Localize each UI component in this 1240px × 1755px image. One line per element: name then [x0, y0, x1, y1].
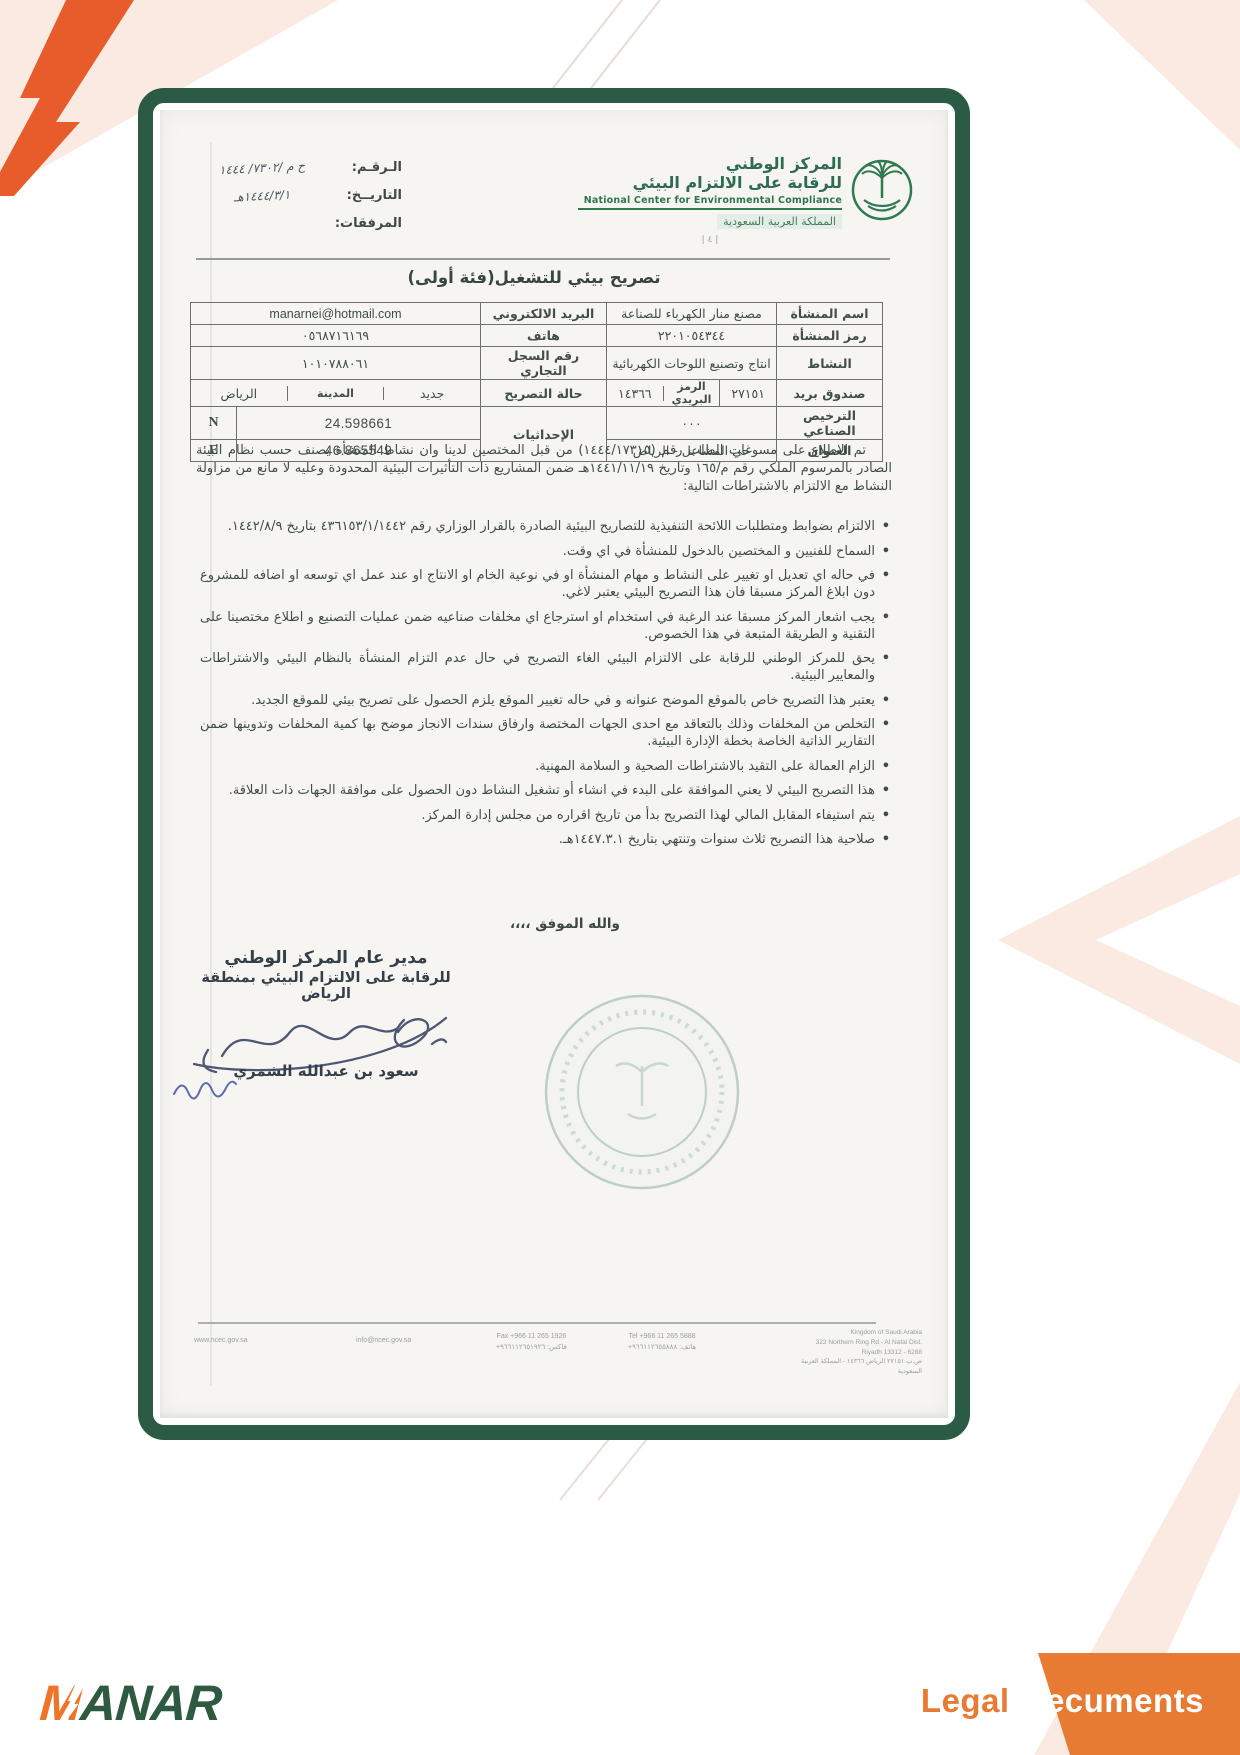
- industrial-license-label: الترخيص الصناعي: [777, 407, 883, 440]
- intro-paragraph: تم الاطلاع على مسوغات الطلب رقم (١٤٤٤/١٧…: [196, 442, 892, 496]
- footer-tel-ar: هاتف: ٩٦٦١١٢٦٥٥٨٨٨+: [628, 1343, 696, 1354]
- phone-label: هاتف: [481, 325, 607, 347]
- postal-code-label: الرمز البريدي: [664, 380, 721, 406]
- permit-status-value: جديد: [384, 386, 480, 401]
- condition-item: صلاحية هذا التصريح ثلاث سنوات وتنتهي بتا…: [200, 831, 890, 848]
- footer-address-line: Riyadh 13312 - 6288: [788, 1348, 922, 1358]
- condition-item: يتم استيفاء المقابل المالي لهذا التصريح …: [200, 807, 890, 824]
- footer-address-line: Kingdom of Saudi Arabia: [788, 1328, 922, 1338]
- phone-value: ٠٥٦٨٧١٦١٦٩: [191, 325, 481, 347]
- footer-divider: [198, 1322, 876, 1324]
- footer-fax: Fax +966 11 265 1926 فاكس: ٩٦٦١١٢٦٥١٩٢٦+: [496, 1332, 567, 1353]
- table-row: رمز المنشأة ٢٢٠١٠٥٤٣٤٤ هاتف ٠٥٦٨٧١٦١٦٩: [191, 325, 883, 347]
- table-row: اسم المنشأة مصنع منار الكهرباء للصناعة ا…: [191, 303, 883, 325]
- manar-logo-m: M: [38, 1675, 83, 1731]
- ref-number-label: الـرقـم:: [322, 160, 402, 175]
- activity-value: انتاج وتصنيع اللوحات الكهربائية: [607, 347, 777, 380]
- scan-mark: | ٤ |: [578, 235, 842, 245]
- facility-name-value: مصنع منار الكهرباء للصناعة: [607, 303, 777, 325]
- org-name-en: National Center for Environmental Compli…: [578, 195, 842, 210]
- conditions-list: الالتزام بضوابط ومتطلبات اللائحة التنفيذ…: [200, 518, 890, 856]
- ref-attachments-value: [202, 220, 322, 226]
- footer-address-line: ص.ب ٢٧١٥١ الرياض ١٤٣٦٦ - المملكة العربية…: [788, 1357, 922, 1377]
- pink-corner-top-right: [1084, 0, 1240, 150]
- condition-item: الالتزام بضوابط ومتطلبات اللائحة التنفيذ…: [200, 518, 890, 535]
- footer-tel-en: Tel +966 11 265 5888: [628, 1332, 696, 1343]
- signatory-title-line1: مدير عام المركز الوطني: [174, 948, 478, 968]
- document-card: الـرقـم: ح م /٧٣٠٢/ ١٤٤٤ التاريــخ: ١٤٤٤…: [138, 88, 970, 1440]
- permit-status-label: حالة التصريح: [481, 380, 607, 407]
- footer-website: www.ncec.gov.sa: [194, 1336, 248, 1347]
- cr-number-value: ١٠١٠٧٨٨٠٦١: [191, 347, 481, 380]
- condition-item: يجب اشعار المركز مسبقا عند الرغبة في است…: [200, 609, 890, 643]
- ref-date-label: التاريــخ:: [322, 188, 402, 203]
- table-row: الترخيص الصناعي ٠٠٠ الإحداثيات N 24.5986…: [191, 407, 883, 440]
- org-country: المملكة العربية السعودية: [717, 214, 842, 229]
- facility-table: اسم المنشأة مصنع منار الكهرباء للصناعة ا…: [190, 302, 883, 462]
- org-name-ar-line2: للرقابة على الالتزام البيئي: [578, 173, 842, 192]
- ref-date-value: ١٤٤٤/٣/١هـ: [202, 185, 323, 205]
- legal-documents-label: LegalDecuments: [921, 1682, 1204, 1720]
- deco-line-top-1: [546, 0, 622, 97]
- footer-fax-en: Fax +966 11 265 1926: [496, 1332, 567, 1343]
- facility-name-label: اسم المنشأة: [777, 303, 883, 325]
- condition-item: هذا التصريح البيئي لا يعني الموافقة على …: [200, 782, 890, 799]
- email-label: البريد الالكتروني: [481, 303, 607, 325]
- banner-word-legal: Legal: [921, 1682, 1010, 1719]
- latitude-letter: N: [191, 407, 237, 439]
- cr-number-label: رقم السجل التجاري: [481, 347, 607, 380]
- deco-line-top-2: [584, 0, 660, 97]
- scanned-permit-page: الـرقـم: ح م /٧٣٠٢/ ١٤٤٤ التاريــخ: ١٤٤٤…: [160, 110, 948, 1418]
- footer-email: info@ncec.gov.sa: [356, 1336, 411, 1347]
- table-row: النشاط انتاج وتصنيع اللوحات الكهربائية ر…: [191, 347, 883, 380]
- footer-address: Kingdom of Saudi Arabia 322 Northern Rin…: [788, 1328, 922, 1377]
- footer-tel: Tel +966 11 265 5888 هاتف: ٩٦٦١١٢٦٥٥٨٨٨+: [628, 1332, 696, 1353]
- latitude-value: 24.598661: [237, 407, 480, 439]
- signature-block: مدير عام المركز الوطني للرقابة على الالت…: [174, 948, 478, 1080]
- table-row: صندوق بريد ٢٧١٥١ الرمز البريدي ١٤٣٦٦ حال…: [191, 380, 883, 407]
- condition-item: يعتبر هذا التصريح خاص بالموقع الموضح عنو…: [200, 692, 890, 709]
- manar-logo-rest: ANAR: [79, 1675, 223, 1731]
- activity-label: النشاط: [777, 347, 883, 380]
- manar-logo: MANAR: [38, 1674, 223, 1730]
- ref-number-value: ح م /٧٣٠٢/ ١٤٤٤: [202, 157, 323, 177]
- condition-item: السماح للفنيين و المختصين بالدخول للمنشأ…: [200, 543, 890, 560]
- ref-attachments-label: المرفقات:: [322, 216, 402, 231]
- condition-item: الزام العمالة على التقيد بالاشتراطات الص…: [200, 758, 890, 775]
- facility-code-value: ٢٢٠١٠٥٤٣٤٤: [607, 325, 777, 347]
- org-header: المركز الوطني للرقابة على الالتزام البيئ…: [578, 154, 914, 245]
- permit-title: تصريح بيئي للتشغيل(فئة أولى): [160, 268, 908, 287]
- header-divider: [196, 258, 890, 260]
- closing-phrase: والله الموفق ،،،،: [445, 916, 685, 932]
- postal-code-value: ١٤٣٦٦: [607, 386, 664, 401]
- pobox-label: صندوق بريد: [777, 380, 883, 407]
- org-name-ar-line1: المركز الوطني: [578, 154, 842, 173]
- reference-block: الـرقـم: ح م /٧٣٠٢/ ١٤٤٤ التاريــخ: ١٤٤٤…: [202, 160, 402, 244]
- footer-address-line: 322 Northern Ring Rd - Al Nafal Dist.: [788, 1338, 922, 1348]
- official-stamp: [532, 982, 752, 1202]
- city-label: المدينة: [288, 387, 385, 400]
- saudi-emblem-icon: [850, 154, 914, 232]
- industrial-license-value: ٠٠٠: [607, 407, 777, 440]
- condition-item: التخلص من المخلفات وذلك بالتعاقد مع احدى…: [200, 716, 890, 750]
- banner-word-documents: Decuments: [1022, 1682, 1204, 1719]
- email-value: manarnei@hotmail.com: [191, 303, 481, 325]
- condition-item: في حاله اي تعديل او تغيير على النشاط و م…: [200, 567, 890, 601]
- condition-item: يحق للمركز الوطني للرقابة على الالتزام ا…: [200, 650, 890, 684]
- pobox-value: ٢٧١٥١: [720, 386, 776, 401]
- facility-code-label: رمز المنشأة: [777, 325, 883, 347]
- handwritten-date-icon: [168, 1074, 240, 1104]
- city-value: الرياض: [191, 386, 288, 401]
- footer-fax-ar: فاكس: ٩٦٦١١٢٦٥١٩٢٦+: [496, 1343, 567, 1354]
